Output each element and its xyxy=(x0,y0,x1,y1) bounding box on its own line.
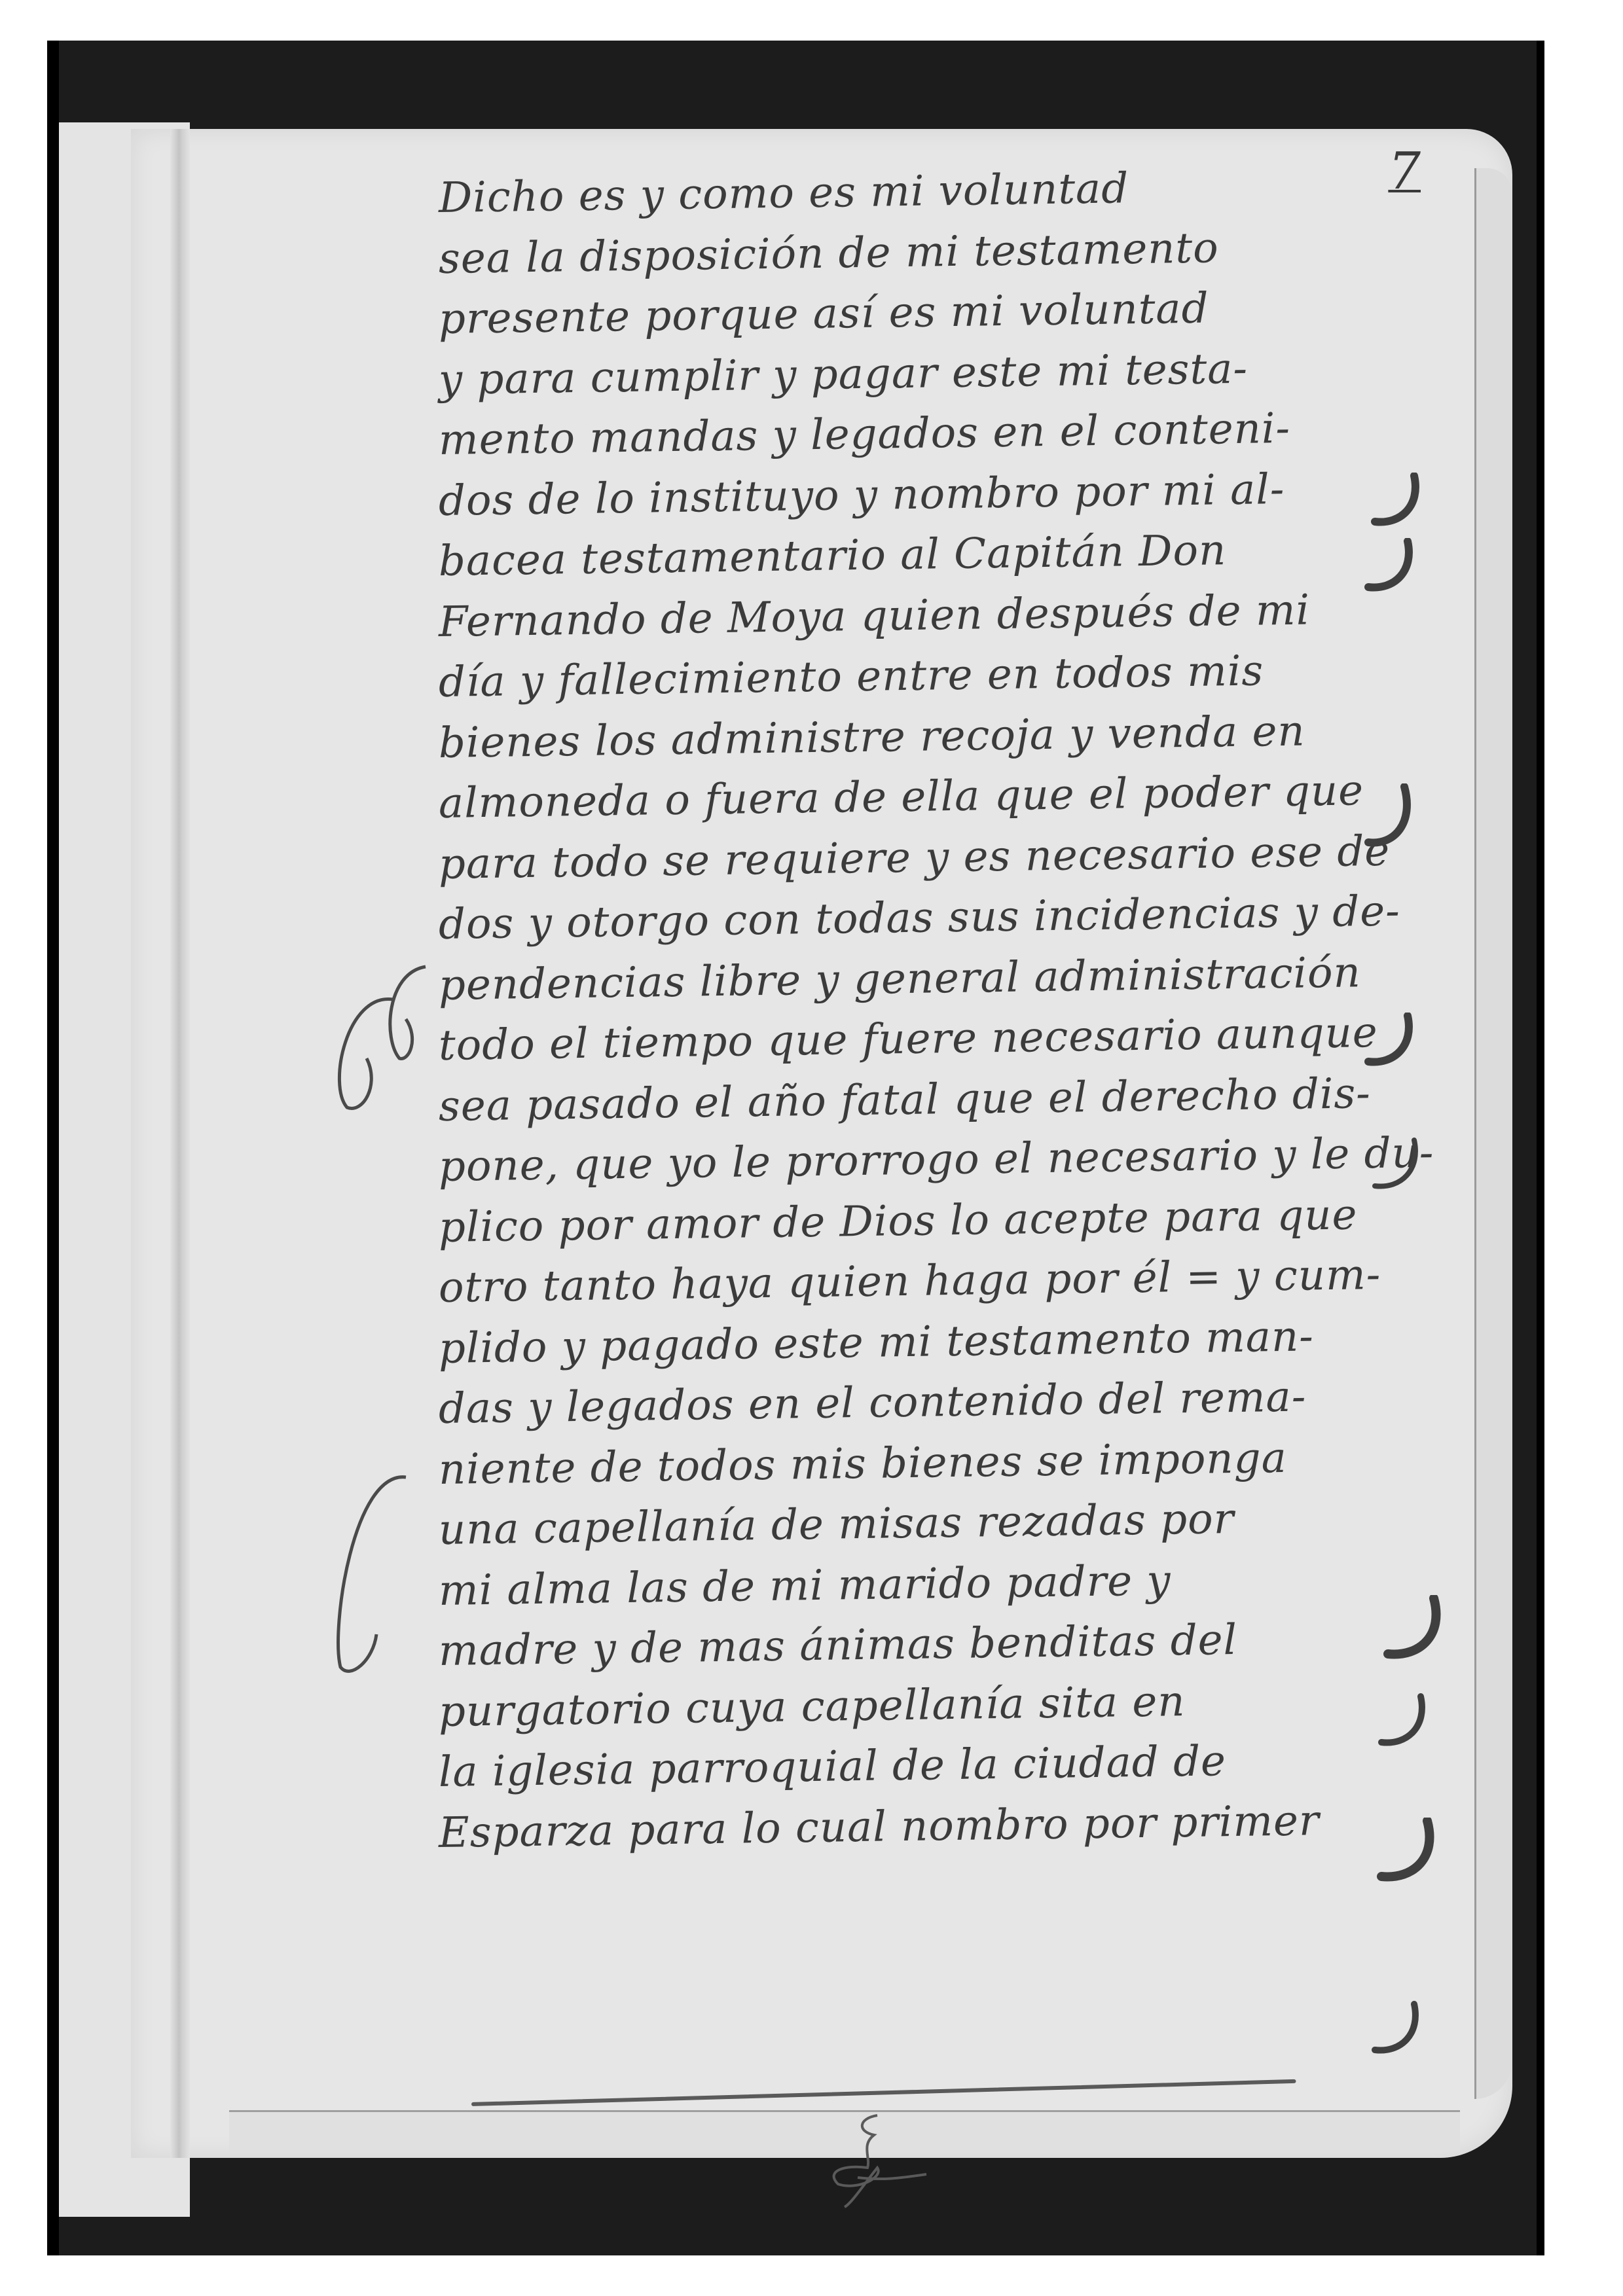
line-flourish-icon xyxy=(1368,1137,1427,1196)
binding-crease xyxy=(170,129,190,2158)
scan-frame: 7 Dicho es y como es mi voluntad sea la … xyxy=(47,41,1544,2255)
line-flourish-icon xyxy=(1375,1818,1440,1890)
line-flourish-icon xyxy=(1362,1013,1421,1071)
line-flourish-icon xyxy=(1368,2001,1427,2060)
line-flourish-icon xyxy=(1375,1693,1434,1752)
closing-rule-line xyxy=(471,2079,1296,2106)
manuscript-text-block: Dicho es y como es mi voluntad sea la di… xyxy=(439,168,1368,1863)
notary-rubric-icon xyxy=(818,2112,930,2210)
line-flourish-icon xyxy=(1362,783,1421,855)
manuscript-page: 7 Dicho es y como es mi voluntad sea la … xyxy=(131,129,1512,2158)
margin-loop-icon xyxy=(327,1464,426,1680)
line-flourish-icon xyxy=(1368,473,1427,531)
page-edge-stack xyxy=(1474,168,1512,2099)
line-flourish-icon xyxy=(1362,538,1421,597)
folio-number: 7 xyxy=(1388,142,1421,201)
line-flourish-icon xyxy=(1381,1595,1447,1667)
margin-loop-icon xyxy=(327,986,406,1117)
manuscript-line: Esparza para lo cual nombro por primer xyxy=(438,1790,1368,1863)
